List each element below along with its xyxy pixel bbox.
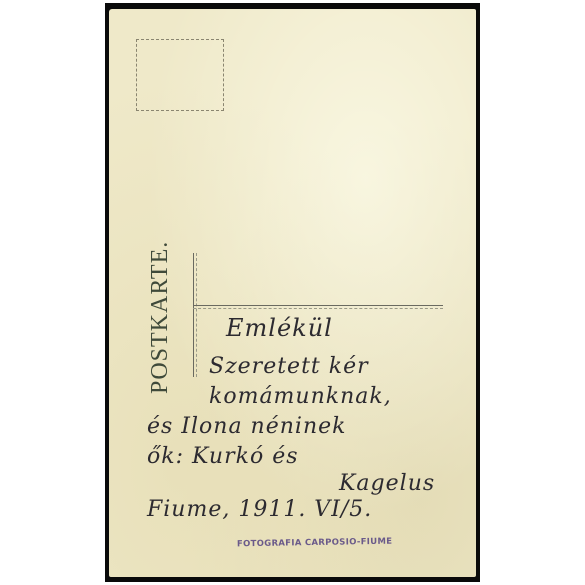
handwriting-place-date: Fiume, 1911. VI/5. <box>147 497 372 522</box>
stamp-placeholder-icon <box>136 39 224 111</box>
photographer-imprint-stamp: FOTOGRAFIA CARPOSIO-FIUME <box>237 537 392 550</box>
postcard-photo: POSTKARTE. Emlékül Szeretett kér komámun… <box>105 3 480 582</box>
handwriting-line-4: és Ilona néninek <box>147 414 346 439</box>
handwriting-line-2: Szeretett kér <box>209 354 369 379</box>
divider-vertical <box>193 253 195 377</box>
handwriting-line-3: komámunknak, <box>209 384 392 409</box>
postcard-back: POSTKARTE. Emlékül Szeretett kér komámun… <box>109 9 476 577</box>
divider-horizontal <box>193 305 443 306</box>
divider-vertical-dashed <box>196 253 198 377</box>
postkarte-title: POSTKARTE. <box>147 241 174 394</box>
handwriting-line-1: Emlékül <box>226 314 333 342</box>
divider-horizontal-dashed <box>193 308 443 309</box>
handwriting-signature: Kagelus <box>339 471 435 496</box>
handwriting-line-5: ők: Kurkó és <box>147 444 299 469</box>
